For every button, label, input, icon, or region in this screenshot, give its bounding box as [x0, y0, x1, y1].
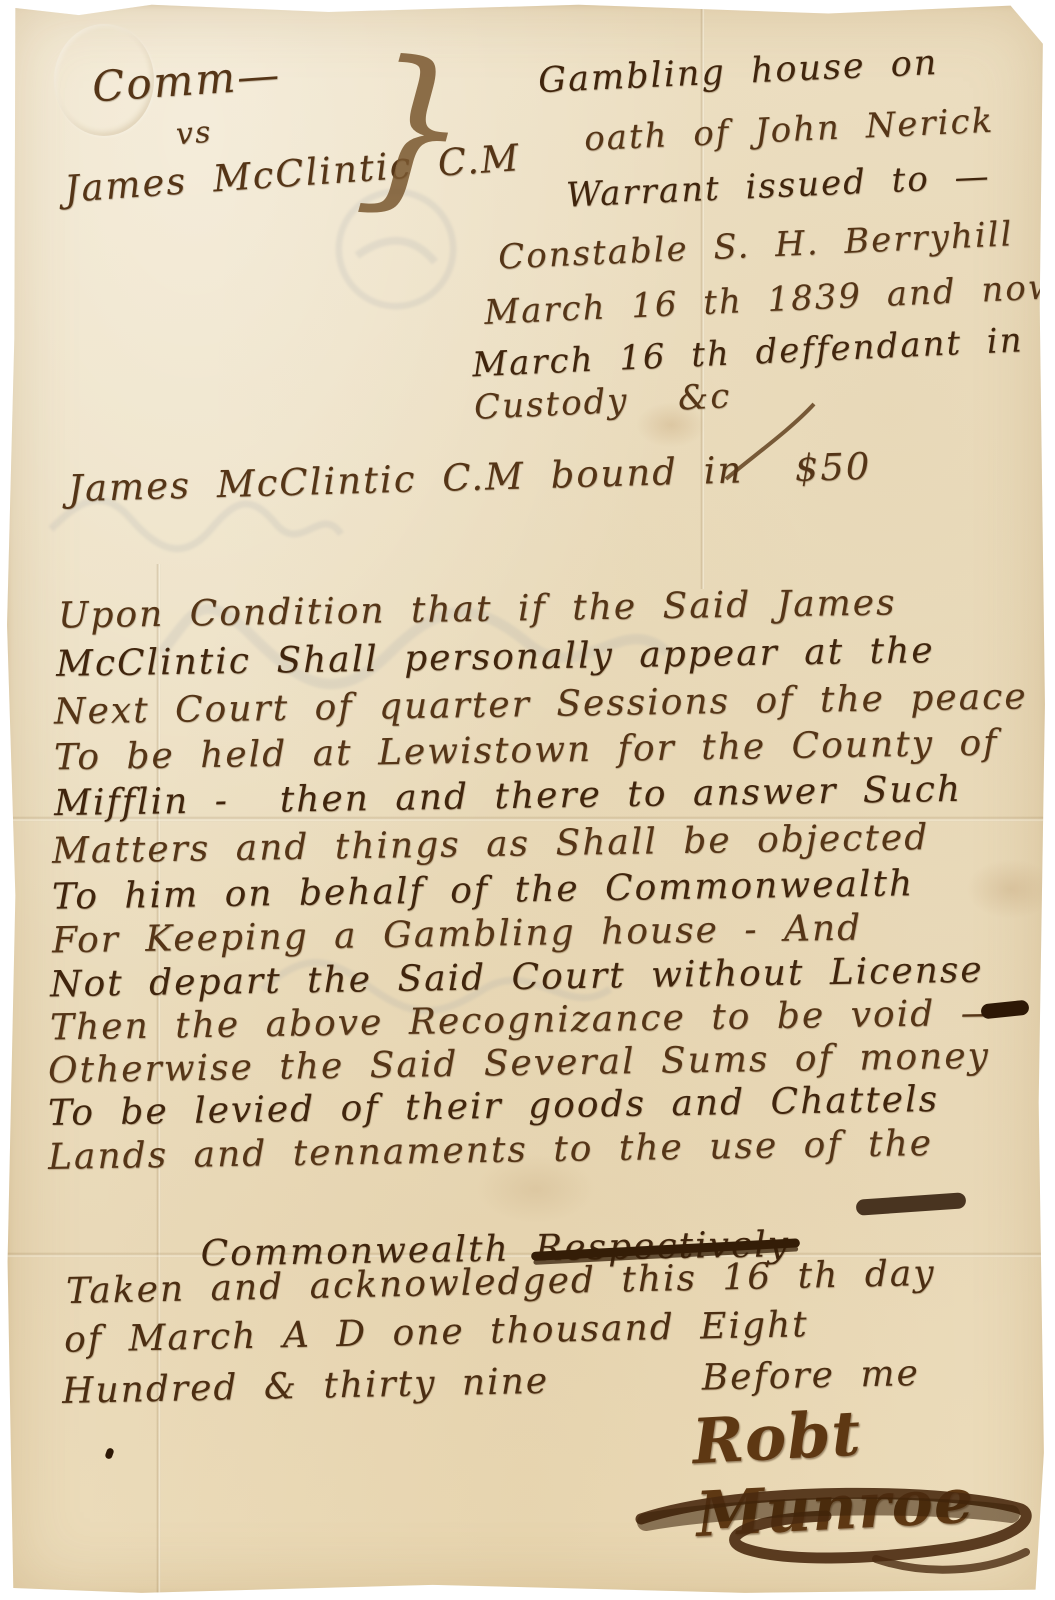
body-line: Matters and things as Shall be objected — [52, 817, 930, 872]
docket-line: Constable S. H. Berryhill — [497, 214, 1014, 277]
ink-dash — [856, 1192, 967, 1216]
ink-speck — [104, 1447, 114, 1460]
signature-flourish — [626, 1464, 1046, 1600]
case-brace: } — [351, 22, 476, 232]
docket-line: Warrant issued to — — [565, 156, 991, 215]
docket-line: oath of John Nerick — [583, 101, 995, 160]
paper-stain — [966, 859, 1055, 919]
docket-line: Gambling house on — [537, 43, 939, 101]
aged-paper-sheet: Comm— vs James McClintic C.M } Gambling … — [6, 4, 1047, 1596]
caption-versus: vs — [175, 115, 214, 152]
